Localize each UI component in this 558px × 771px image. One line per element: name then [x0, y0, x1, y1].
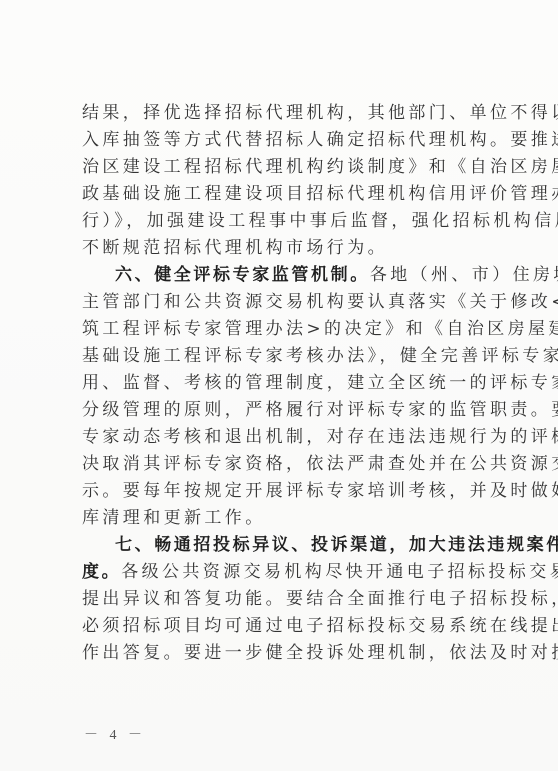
text-line: 主管部门和公共资源交易机构要认真落实《关于修改<自治区建 [82, 289, 496, 316]
text-line: 政基础设施工程建设项目招标代理机构信用评价管理办法（试 [82, 181, 496, 208]
text-line: 必须招标项目均可通过电子招标投标交易系统在线提出异议和 [82, 613, 496, 640]
body-text: 结果，择优选择招标代理机构，其他部门、单位不得以行政审批、 入库抽签等方式代替招… [82, 100, 496, 667]
line-text: 治区建设工程招标代理机构约谈制度》和《自治区房屋建筑和市 [82, 157, 558, 177]
text-line: 作出答复。要进一步健全投诉处理机制，依法及时对投诉进行受 [82, 640, 496, 667]
text-line: 基础设施工程评标专家考核办法》，健全完善评标专家抽取、使 [82, 343, 496, 370]
line-text: 库清理和更新工作。 [82, 508, 266, 528]
section-7-heading: 七、畅通招投标异议、投诉渠道，加大违法违规案件查处力 [115, 535, 558, 555]
text-line: 库清理和更新工作。 [82, 505, 496, 532]
text-line: 入库抽签等方式代替招标人确定招标代理机构。要推进落实《自 [82, 127, 496, 154]
text-line: 行）》，加强建设工程事中事后监督，强化招标机构信用信息应用， [82, 208, 496, 235]
line-text: 不断规范招标代理机构市场行为。 [82, 238, 388, 258]
text-line: 专家动态考核和退出机制，对存在违法违规行为的评标专家，坚 [82, 424, 496, 451]
line-text: 基础设施工程评标专家考核办法》，健全完善评标专家抽取、使 [82, 346, 558, 366]
line-text: 各级公共资源交易机构尽快开通电子招标投标交易系统在线 [121, 562, 558, 582]
line-text: 各地（州、市）住房城乡建设 [370, 265, 558, 285]
section-7-heading-end: 度。 [82, 562, 121, 582]
line-text: 必须招标项目均可通过电子招标投标交易系统在线提出异议和 [82, 616, 558, 636]
text-line: 筑工程评标专家管理办法>的决定》和《自治区房屋建筑和市政 [82, 316, 496, 343]
line-text: 决取消其评标专家资格，依法严肃查处并在公共资源交易网上公 [82, 454, 558, 474]
line-text: 专家动态考核和退出机制，对存在违法违规行为的评标专家，坚 [82, 427, 558, 447]
text-line: 提出异议和答复功能。要结合全面推行电子招标投标，实现依法 [82, 586, 496, 613]
text-line: 度。各级公共资源交易机构尽快开通电子招标投标交易系统在线 [82, 559, 496, 586]
line-text: 结果，择优选择招标代理机构，其他部门、单位不得以行政审批、 [82, 103, 558, 123]
line-text: 筑工程评标专家管理办法>的决定》和《自治区房屋建筑和市政 [82, 319, 558, 339]
document-page: 结果，择优选择招标代理机构，其他部门、单位不得以行政审批、 入库抽签等方式代替招… [0, 0, 558, 771]
line-text: 分级管理的原则，严格履行对评标专家的监管职责。要建立评标 [82, 400, 558, 420]
text-line: 不断规范招标代理机构市场行为。 [82, 235, 496, 262]
text-line: 分级管理的原则，严格履行对评标专家的监管职责。要建立评标 [82, 397, 496, 424]
text-line: 治区建设工程招标代理机构约谈制度》和《自治区房屋建筑和市 [82, 154, 496, 181]
line-text: 用、监督、考核的管理制度，建立全区统一的评标专家库，按照 [82, 373, 558, 393]
text-line: 决取消其评标专家资格，依法严肃查处并在公共资源交易网上公 [82, 451, 496, 478]
page-number: － 4 － [84, 724, 146, 744]
section-6-heading: 六、健全评标专家监管机制。 [115, 265, 370, 285]
line-text: 示。要每年按规定开展评标专家培训考核，并及时做好评标专家 [82, 481, 558, 501]
section-heading-line: 六、健全评标专家监管机制。各地（州、市）住房城乡建设 [82, 262, 496, 289]
line-text: 作出答复。要进一步健全投诉处理机制，依法及时对投诉进行受 [82, 643, 558, 663]
line-text: 入库抽签等方式代替招标人确定招标代理机构。要推进落实《自 [82, 130, 558, 150]
text-line: 结果，择优选择招标代理机构，其他部门、单位不得以行政审批、 [82, 100, 496, 127]
line-text: 政基础设施工程建设项目招标代理机构信用评价管理办法（试 [82, 184, 558, 204]
section-heading-line: 七、畅通招投标异议、投诉渠道，加大违法违规案件查处力 [82, 532, 496, 559]
line-text: 行）》，加强建设工程事中事后监督，强化招标机构信用信息应用， [82, 211, 558, 231]
text-line: 用、监督、考核的管理制度，建立全区统一的评标专家库，按照 [82, 370, 496, 397]
line-text: 提出异议和答复功能。要结合全面推行电子招标投标，实现依法 [82, 589, 558, 609]
line-text: 主管部门和公共资源交易机构要认真落实《关于修改<自治区建 [82, 292, 558, 312]
text-line: 示。要每年按规定开展评标专家培训考核，并及时做好评标专家 [82, 478, 496, 505]
